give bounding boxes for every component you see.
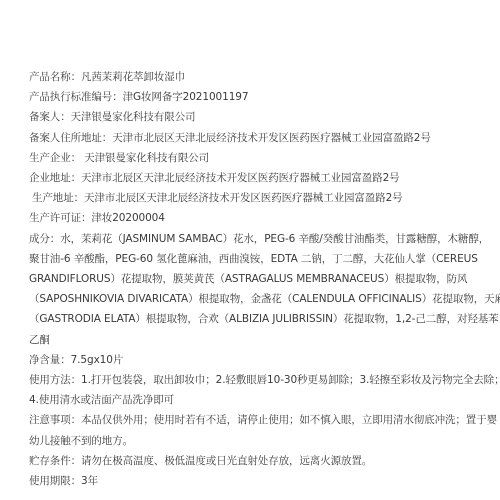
usage-block: 使用方法：1.打开包装袋，取出卸妆巾；2.轻敷眼唇10-30秒更易卸除；3.轻擦… [29,370,479,410]
standard-number: 产品执行标准编号：津G妆网备字2021001197 [29,87,479,107]
caution-block: 注意事项：本品仅供外用；使用时若有不适，请停止使用；如不慎入眼，立即用清水彻底冲… [29,410,479,450]
ingredients-line: （GASTRODIA ELATA）根提取物，合欢（ALBIZIA JULIBRI… [29,309,479,329]
ingredients-line: （SAPOSHNIKOVIA DIVARICATA）根提取物，金盏花（CALEN… [29,289,479,309]
usage-line: 4.使用清水或洁面产品洗净即可 [29,390,479,410]
caution-line: 注意事项：本品仅供外用；使用时若有不适，请停止使用；如不慎入眼，立即用清水彻底冲… [29,410,479,430]
storage-conditions: 贮存条件：请勿在极高温度、极低温度或日光直射处存放，远离火源放置。 [29,451,479,471]
net-content: 净含量：7.5gx10片 [29,350,479,370]
ingredients-line: 聚甘油-6 辛酸酯，PEG-60 氢化蓖麻油，西曲溴铵，EDTA 二钠，丁二醇，… [29,249,479,269]
registrant-address: 备案人住所地址：天津市北辰区天津北辰经济技术开发区医药医疗器械工业园富盈路2号 [29,128,479,148]
caution-line: 幼儿接触不到的地方。 [29,431,479,451]
production-license: 生产许可证：津妆20200004 [29,208,479,228]
usage-line: 使用方法：1.打开包装袋，取出卸妆巾；2.轻敷眼唇10-30秒更易卸除；3.轻擦… [29,370,479,390]
registrant: 备案人：天津银曼家化科技有限公司 [29,107,479,127]
company-address: 企业地址：天津市北辰区天津北辰经济技术开发区医药医疗器械工业园富盈路2号 [29,168,479,188]
shelf-life: 使用期限：3年 [29,471,479,491]
production-address: 生产地址：天津市北辰区天津北辰经济技术开发区医药医疗器械工业园富盈路2号 [29,188,479,208]
product-name: 产品名称：凡茜茉莉花萃卸妆湿巾 [29,67,479,87]
ingredients-line: GRANDIFLORUS）花提取物，膜荚黄芪（ASTRAGALUS MEMBRA… [29,269,479,289]
manufacturer: 生产企业： 天津银曼家化科技有限公司 [29,148,479,168]
product-label-document: 产品名称：凡茜茉莉花萃卸妆湿巾 产品执行标准编号：津G妆网备字202100119… [29,67,479,491]
ingredients-block: 成分：水，茉莉花（JASMINUM SAMBAC）花水，PEG-6 辛酸/癸酸甘… [29,229,479,350]
ingredients-line: 成分：水，茉莉花（JASMINUM SAMBAC）花水，PEG-6 辛酸/癸酸甘… [29,229,479,249]
ingredients-line: 乙酮 [29,330,479,350]
